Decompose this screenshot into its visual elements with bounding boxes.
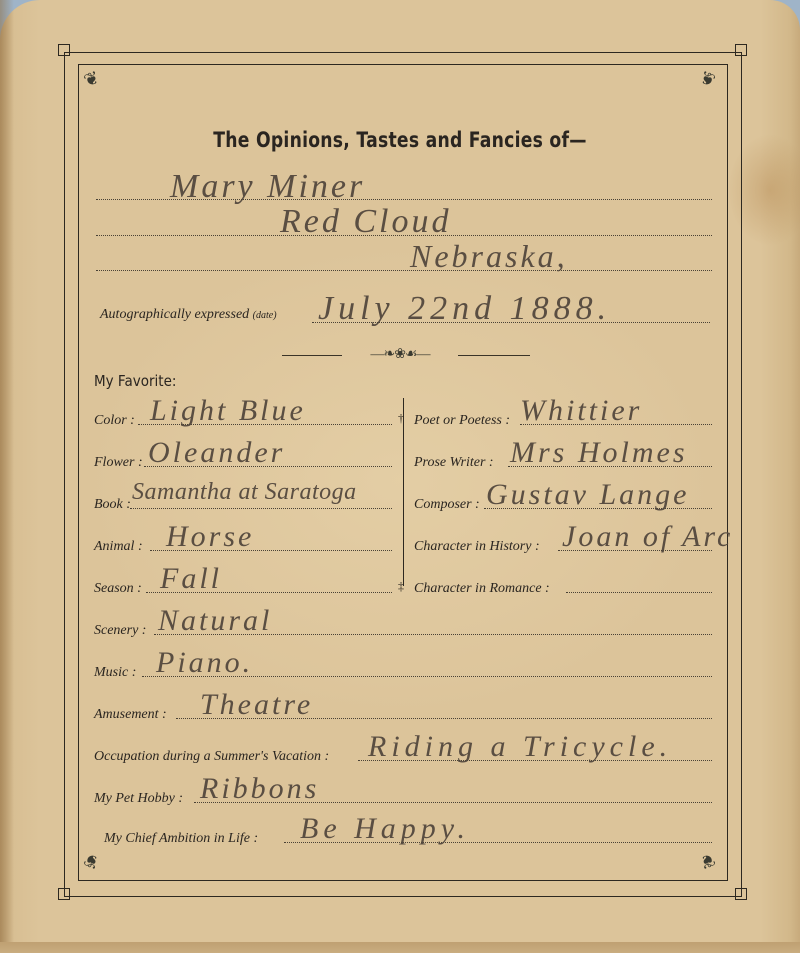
field-label-flower: Flower : bbox=[94, 455, 143, 471]
field-label-composer: Composer : bbox=[414, 497, 480, 513]
field-line-character-history bbox=[558, 550, 712, 551]
divider-right-rule bbox=[458, 355, 530, 356]
field-value-color: Light Blue bbox=[150, 396, 306, 426]
field-value-season: Fall bbox=[160, 564, 222, 594]
column-divider bbox=[403, 398, 404, 586]
page-bottom-edge bbox=[0, 942, 800, 953]
field-value-scenery: Natural bbox=[158, 606, 272, 636]
field-value-summer-vacation: Riding a Tricycle. bbox=[368, 732, 672, 762]
corner-square-bottom-left bbox=[58, 888, 70, 900]
corner-square-top-right bbox=[735, 44, 747, 56]
field-line-composer bbox=[484, 508, 712, 509]
owner-state: Nebraska, bbox=[410, 240, 568, 272]
town-line bbox=[96, 235, 712, 236]
corner-square-bottom-right bbox=[735, 888, 747, 900]
state-line bbox=[96, 270, 712, 271]
field-value-amusement: Theatre bbox=[200, 690, 313, 720]
page-title: The Opinions, Tastes and Fancies of— bbox=[72, 128, 728, 152]
field-label-scenery: Scenery : bbox=[94, 623, 146, 639]
date-label: Autographically expressed (date) bbox=[100, 307, 277, 323]
field-line-pet-hobby bbox=[194, 802, 712, 803]
date-label-text: Autographically expressed bbox=[100, 307, 249, 322]
field-line-summer-vacation bbox=[358, 760, 712, 761]
field-line-character-romance bbox=[566, 592, 712, 593]
date-hint: (date) bbox=[253, 310, 277, 321]
field-line-flower bbox=[144, 466, 392, 467]
date-line bbox=[312, 322, 710, 323]
field-value-character-history: Joan of Arc bbox=[562, 522, 733, 552]
field-line-animal bbox=[150, 550, 392, 551]
spine-shadow bbox=[0, 0, 14, 953]
field-line-book bbox=[130, 508, 392, 509]
field-label-pet-hobby: My Pet Hobby : bbox=[94, 791, 183, 807]
field-line-poet bbox=[520, 424, 712, 425]
field-line-season bbox=[146, 592, 392, 593]
field-value-poet: Whittier bbox=[520, 396, 642, 426]
field-line-scenery bbox=[154, 634, 712, 635]
field-label-animal: Animal : bbox=[94, 539, 143, 555]
field-label-poet: Poet or Poetess : bbox=[414, 413, 510, 429]
field-value-music: Piano. bbox=[156, 648, 253, 678]
field-label-character-history: Character in History : bbox=[414, 539, 540, 555]
field-label-season: Season : bbox=[94, 581, 142, 597]
field-value-book: Samantha at Saratoga bbox=[132, 480, 357, 504]
field-value-composer: Gustav Lange bbox=[486, 480, 690, 510]
field-value-animal: Horse bbox=[166, 522, 254, 552]
section-heading: My Favorite: bbox=[94, 372, 176, 390]
album-page: ❦ ❦ ❦ ❦ The Opinions, Tastes and Fancies… bbox=[0, 0, 800, 953]
divider-left-rule bbox=[282, 355, 342, 356]
field-label-amusement: Amusement : bbox=[94, 707, 167, 723]
field-label-book: Book : bbox=[94, 497, 131, 513]
field-value-prose-writer: Mrs Holmes bbox=[510, 438, 688, 468]
field-label-summer-vacation: Occupation during a Summer's Vacation : bbox=[94, 749, 329, 765]
divider-cap-bottom-icon: ‡ bbox=[398, 580, 404, 592]
wreath-ornament-icon: —❧❀☙— bbox=[345, 346, 455, 363]
field-value-chief-ambition: Be Happy. bbox=[300, 814, 470, 844]
field-line-prose-writer bbox=[508, 466, 712, 467]
field-line-music bbox=[142, 676, 712, 677]
field-line-chief-ambition bbox=[284, 842, 712, 843]
date-value: July 22nd 1888. bbox=[318, 292, 611, 326]
field-value-flower: Oleander bbox=[148, 438, 285, 468]
field-line-amusement bbox=[176, 718, 712, 719]
field-label-prose-writer: Prose Writer : bbox=[414, 455, 494, 471]
field-label-chief-ambition: My Chief Ambition in Life : bbox=[104, 831, 258, 847]
name-line bbox=[96, 199, 712, 200]
field-label-color: Color : bbox=[94, 413, 135, 429]
owner-town: Red Cloud bbox=[280, 205, 451, 239]
field-value-pet-hobby: Ribbons bbox=[200, 774, 319, 804]
field-line-color bbox=[138, 424, 392, 425]
field-label-music: Music : bbox=[94, 665, 136, 681]
divider-cap-top-icon: † bbox=[398, 412, 404, 424]
corner-square-top-left bbox=[58, 44, 70, 56]
field-label-character-romance: Character in Romance : bbox=[414, 581, 550, 597]
